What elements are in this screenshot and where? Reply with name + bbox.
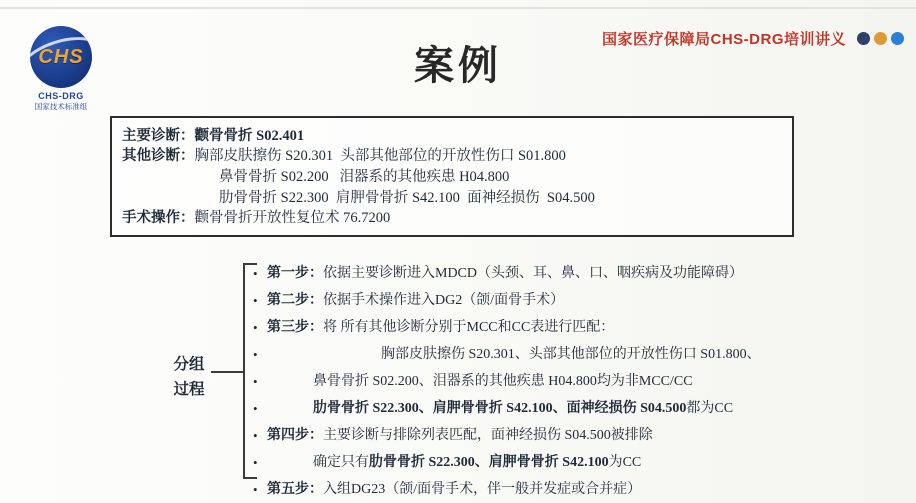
step-text-segment: 依据手术操作进入DG2（颌/面骨手术） — [323, 293, 564, 308]
step-text-segment: 胸部皮肤擦伤 S20.301、头部其他部位的开放性伤口 S01.800、 — [381, 347, 761, 362]
bullet-icon: • — [253, 482, 267, 498]
case-box: 主要诊断：颧骨骨折 S02.401其他诊断：胸部皮肤擦伤 S20.301 头部其… — [110, 116, 794, 237]
case-row: 其他诊断：胸部皮肤擦伤 S20.301 头部其他部位的开放性伤口 S01.800 — [122, 146, 778, 166]
case-row-label: 主要诊断： — [122, 128, 195, 144]
step-text-segment: 肋骨骨折 S22.300、肩胛骨骨折 S42.100 — [369, 455, 609, 470]
banner-dot — [874, 32, 887, 45]
grouping-step: •鼻骨骨折 S02.200、泪器系的其他疾患 H04.800均为非MCC/CC — [253, 368, 909, 395]
step-text: 第五步：入组DG23（颌/面骨手术，伴一般并发症或合并症） — [267, 476, 641, 503]
grouping-step: •确定只有肋骨骨折 S22.300、肩胛骨骨折 S42.100为CC — [253, 449, 909, 476]
header-banner: 国家医疗保障局CHS-DRG培训讲义 — [602, 28, 904, 49]
case-row-text: 胸部皮肤擦伤 S20.301 头部其他部位的开放性伤口 S01.800 — [195, 148, 566, 164]
grouping-step: •第二步：依据手术操作进入DG2（颌/面骨手术） — [253, 287, 909, 314]
bullet-icon: • — [253, 401, 267, 417]
logo-caption-line2: 国家技术标准组 — [18, 101, 104, 112]
grouping-step: •肋骨骨折 S22.300、肩胛骨骨折 S42.100、面神经损伤 S04.50… — [253, 395, 909, 422]
case-row-text: 颧骨骨折 S02.401 — [195, 128, 305, 144]
case-row: 主要诊断：颧骨骨折 S02.401 — [122, 126, 778, 146]
bullet-icon: • — [253, 293, 267, 309]
step-text: 第二步：依据手术操作进入DG2（颌/面骨手术） — [267, 287, 564, 314]
step-text: 第三步：将 所有其他诊断分别于MCC和CC表进行匹配： — [267, 314, 614, 341]
grouping-label-line1: 分组 — [168, 352, 210, 377]
banner-dot — [891, 32, 904, 45]
bullet-icon: • — [253, 320, 267, 336]
grouping-step: •胸部皮肤擦伤 S20.301、头部其他部位的开放性伤口 S01.800、 — [253, 341, 909, 368]
step-text: 胸部皮肤擦伤 S20.301、头部其他部位的开放性伤口 S01.800、 — [381, 341, 761, 368]
step-text-segment: 第一步： — [267, 266, 323, 281]
step-text: 第一步：依据主要诊断进入MDCD（头颈、耳、鼻、口、咽疾病及功能障碍） — [267, 260, 743, 287]
grouping-step: •第三步：将 所有其他诊断分别于MCC和CC表进行匹配： — [253, 314, 909, 341]
grouping-step: •第四步：主要诊断与排除列表匹配，面神经损伤 S04.500被排除 — [253, 422, 909, 449]
step-text-segment: 第四步： — [267, 428, 323, 443]
step-text-segment: 为CC — [609, 455, 642, 470]
steps-list: •第一步：依据主要诊断进入MDCD（头颈、耳、鼻、口、咽疾病及功能障碍）•第二步… — [253, 260, 909, 503]
case-row-text: 鼻骨骨折 S02.200 泪器系的其他疾患 H04.800 — [219, 169, 509, 185]
case-row-text: 颧骨骨折开放性复位术 76.7200 — [195, 210, 391, 226]
case-row: 肋骨骨折 S22.300 肩胛骨骨折 S42.100 面神经损伤 S04.500 — [122, 188, 778, 208]
grouping-label-line2: 过程 — [168, 377, 210, 402]
banner-text: 国家医疗保障局CHS-DRG培训讲义 — [602, 28, 846, 49]
banner-dot — [857, 32, 870, 45]
step-text: 确定只有肋骨骨折 S22.300、肩胛骨骨折 S42.100为CC — [313, 449, 641, 476]
case-row-label: 手术操作： — [122, 210, 195, 226]
step-text-segment: 确定只有 — [313, 455, 369, 470]
step-text: 第四步：主要诊断与排除列表匹配，面神经损伤 S04.500被排除 — [267, 422, 653, 449]
bullet-icon: • — [253, 347, 267, 363]
bracket-middle-tick — [211, 371, 243, 373]
step-text-segment: 将 所有其他诊断分别于MCC和CC表进行匹配： — [323, 320, 614, 335]
case-row: 手术操作：颧骨骨折开放性复位术 76.7200 — [122, 208, 778, 228]
bullet-icon: • — [253, 455, 267, 471]
step-text: 肋骨骨折 S22.300、肩胛骨骨折 S42.100、面神经损伤 S04.500… — [313, 395, 733, 422]
step-text-segment: 鼻骨骨折 S02.200、泪器系的其他疾患 H04.800均为非MCC/CC — [313, 374, 693, 389]
step-text-segment: 主要诊断与排除列表匹配，面神经损伤 S04.500被排除 — [323, 428, 653, 443]
case-row-label: 其他诊断： — [122, 148, 195, 164]
step-text-segment: 第三步： — [267, 320, 323, 335]
banner-dots — [853, 32, 904, 45]
step-text-segment: 依据主要诊断进入MDCD（头颈、耳、鼻、口、咽疾病及功能障碍） — [323, 266, 743, 281]
bullet-icon: • — [253, 428, 267, 444]
bracket-vertical-line — [243, 263, 245, 479]
case-row: 鼻骨骨折 S02.200 泪器系的其他疾患 H04.800 — [122, 167, 778, 187]
bullet-icon: • — [253, 266, 267, 282]
step-text-segment: 第二步： — [267, 293, 323, 308]
bullet-icon: • — [253, 374, 267, 390]
grouping-step: •第五步：入组DG23（颌/面骨手术，伴一般并发症或合并症） — [253, 476, 909, 503]
step-text-segment: 肋骨骨折 S22.300、肩胛骨骨折 S42.100、面神经损伤 S04.500 — [313, 401, 686, 416]
step-text-segment: 第五步： — [267, 482, 323, 497]
grouping-step: •第一步：依据主要诊断进入MDCD（头颈、耳、鼻、口、咽疾病及功能障碍） — [253, 260, 909, 287]
grouping-process-label: 分组 过程 — [168, 352, 210, 402]
logo-caption-line1: CHS-DRG — [18, 91, 104, 101]
step-text-segment: 入组DG23（颌/面骨手术，伴一般并发症或合并症） — [323, 482, 641, 497]
slide: CHS CHS-DRG 国家技术标准组 案例 国家医疗保障局CHS-DRG培训讲… — [0, 0, 916, 503]
step-text: 鼻骨骨折 S02.200、泪器系的其他疾患 H04.800均为非MCC/CC — [313, 368, 693, 395]
step-text-segment: 都为CC — [686, 401, 733, 416]
case-row-text: 肋骨骨折 S22.300 肩胛骨骨折 S42.100 面神经损伤 S04.500 — [219, 190, 595, 206]
top-edge-divider — [0, 7, 916, 9]
